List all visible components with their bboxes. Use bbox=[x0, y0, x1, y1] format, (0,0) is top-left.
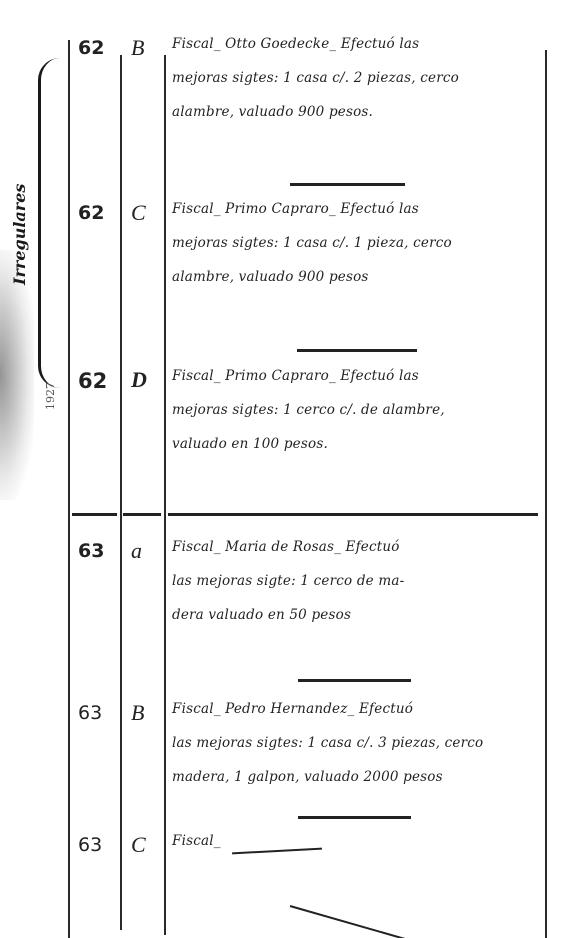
entry-line: las mejoras sigtes: 1 casa c/. 3 piezas,… bbox=[172, 726, 542, 760]
column-rule-number bbox=[120, 55, 122, 930]
entry-letter: C bbox=[131, 200, 146, 226]
section-rule-text bbox=[168, 513, 538, 516]
entry-line: Fiscal_ Primo Capraro_ Efectuó las bbox=[172, 192, 542, 226]
entry-number: 63 bbox=[78, 834, 102, 856]
entry-separator bbox=[297, 349, 417, 352]
entry-line: mejoras sigtes: 1 cerco c/. de alambre, bbox=[172, 393, 542, 427]
column-rule-left bbox=[68, 40, 70, 938]
ledger-page: Irregulares 1927 62 B Fiscal_ Otto Goede… bbox=[0, 0, 562, 938]
entry-text: Fiscal_ Primo Capraro_ Efectuó las mejor… bbox=[172, 192, 542, 294]
entry-line: mejoras sigtes: 1 casa c/. 1 pieza, cerc… bbox=[172, 226, 542, 260]
entry-line: Fiscal_ Pedro Hernandez_ Efectuó bbox=[172, 692, 542, 726]
entry-separator bbox=[290, 183, 405, 186]
entry-line: dera valuado en 50 pesos bbox=[172, 598, 542, 632]
column-rule-letter bbox=[164, 55, 166, 935]
entry-text: Fiscal_ Primo Capraro_ Efectuó las mejor… bbox=[172, 359, 542, 461]
entry-line: mejoras sigtes: 1 casa c/. 2 piezas, cer… bbox=[172, 61, 542, 95]
entry-line: valuado en 100 pesos. bbox=[172, 427, 542, 461]
entry-line: las mejoras sigte: 1 cerco de ma- bbox=[172, 564, 542, 598]
entry-line: madera, 1 galpon, valuado 2000 pesos bbox=[172, 760, 542, 794]
entry-letter: C bbox=[131, 832, 146, 858]
entry-text: Fiscal_ Maria de Rosas_ Efectuó las mejo… bbox=[172, 530, 542, 632]
section-rule-letter bbox=[123, 513, 161, 516]
entry-number: 63 bbox=[78, 540, 104, 562]
margin-smudge bbox=[0, 250, 34, 500]
entry-separator bbox=[298, 816, 411, 819]
entry-line: Fiscal_ Otto Goedecke_ Efectuó las bbox=[172, 27, 542, 61]
entry-letter: B bbox=[131, 700, 144, 726]
column-rule-right bbox=[545, 50, 547, 938]
entry-number: 62 bbox=[78, 37, 104, 59]
entry-text: Fiscal_ Pedro Hernandez_ Efectuó las mej… bbox=[172, 692, 542, 794]
margin-faint-note: 1927 bbox=[44, 382, 57, 410]
entry-line: Fiscal_ bbox=[172, 824, 542, 858]
section-rule-number bbox=[72, 513, 117, 516]
margin-bracket bbox=[38, 58, 65, 388]
entry-letter: a bbox=[131, 538, 142, 564]
entry-letter: D bbox=[131, 367, 147, 393]
margin-annotation: Irregulares bbox=[10, 184, 29, 285]
entry-line: Fiscal_ Primo Capraro_ Efectuó las bbox=[172, 359, 542, 393]
entry-letter: B bbox=[131, 35, 144, 61]
closing-stroke bbox=[290, 905, 416, 938]
entry-line: alambre, valuado 900 pesos bbox=[172, 260, 542, 294]
entry-line: alambre, valuado 900 pesos. bbox=[172, 95, 542, 129]
entry-text: Fiscal_ bbox=[172, 824, 542, 858]
entry-number: 62 bbox=[78, 369, 107, 393]
entry-number: 62 bbox=[78, 202, 104, 224]
entry-number: 63 bbox=[78, 702, 102, 724]
entry-separator bbox=[298, 679, 411, 682]
entry-line: Fiscal_ Maria de Rosas_ Efectuó bbox=[172, 530, 542, 564]
entry-text: Fiscal_ Otto Goedecke_ Efectuó las mejor… bbox=[172, 27, 542, 129]
